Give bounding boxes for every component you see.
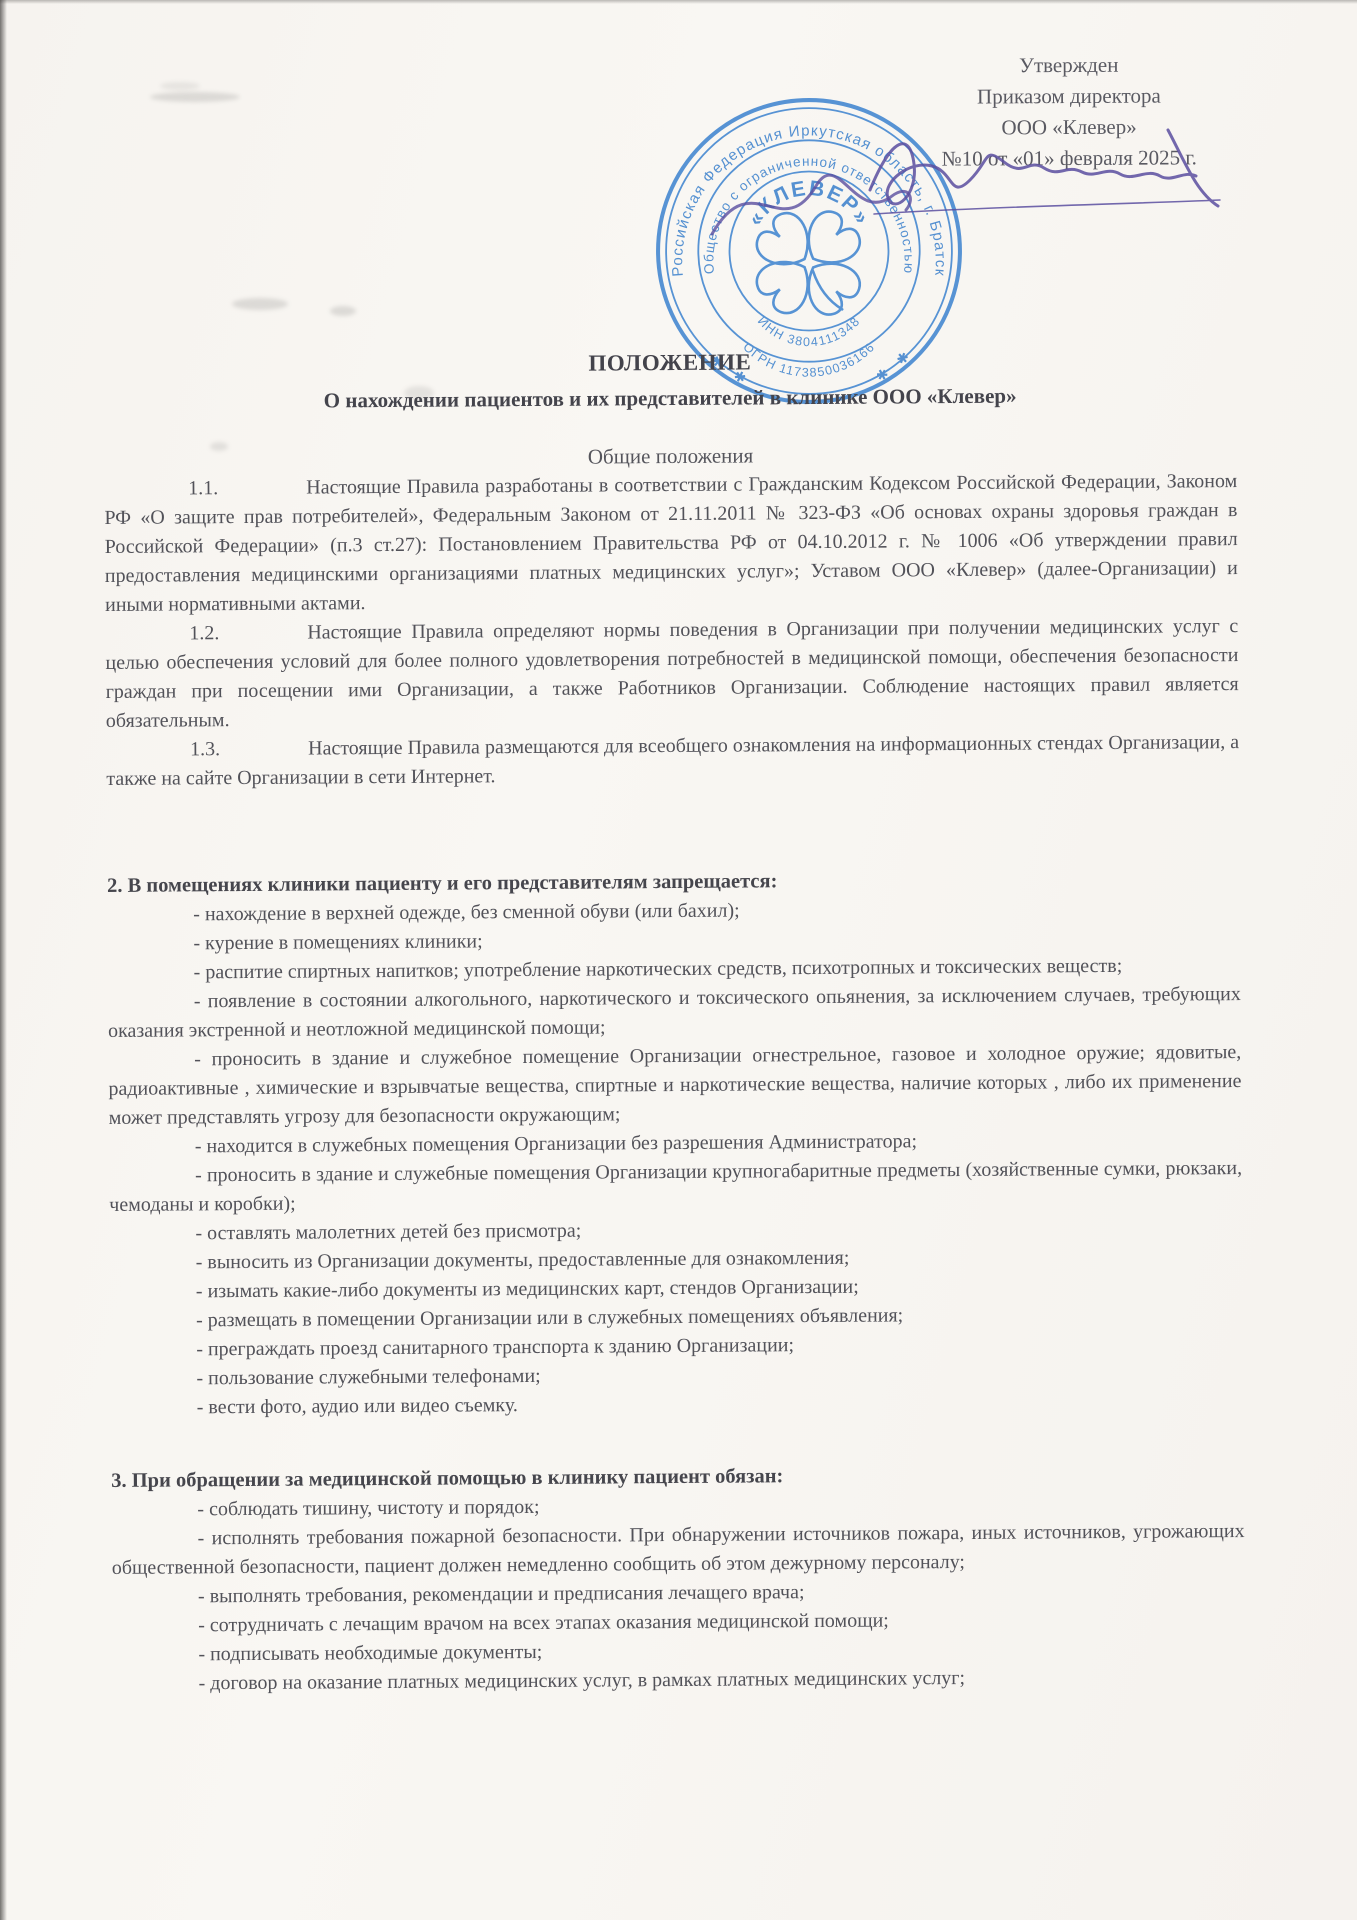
list-item: - появление в состоянии алкогольного, на… <box>108 980 1241 1046</box>
stamp-inn: ИНН 3804111348 <box>755 314 863 349</box>
scan-edge-shadow <box>0 0 7 1920</box>
scan-smudge <box>160 82 200 90</box>
paragraph-number: 1.1. <box>188 474 306 504</box>
scanned-document-page: Утвержден Приказом директора ООО «Клевер… <box>0 0 1357 1920</box>
paragraph-1-1: 1.1.Настоящие Правила разработаны в соот… <box>104 467 1238 620</box>
director-signature <box>862 108 1234 238</box>
paragraph-number: 1.3. <box>190 735 308 765</box>
section2-items: - нахождение в верхней одежде, без сменн… <box>107 893 1244 1423</box>
scan-smudge <box>232 298 288 310</box>
scan-smudge <box>330 306 356 316</box>
scan-edge-shadow-top <box>0 0 1357 4</box>
approval-line: Утвержден <box>899 49 1239 82</box>
paragraph-1-3: 1.3.Настоящие Правила размещаются для вс… <box>106 728 1239 794</box>
document-body: ПОЛОЖЕНИЕ О нахождении пациентов и их пр… <box>103 344 1245 1699</box>
document-title: ПОЛОЖЕНИЕ <box>103 344 1236 381</box>
document-subtitle: О нахождении пациентов и их представител… <box>104 380 1237 417</box>
list-item: - проносить в здание и служебные помещен… <box>109 1154 1242 1220</box>
list-item: - проносить в здание и служебное помещен… <box>108 1038 1242 1133</box>
scan-smudge <box>150 92 240 102</box>
paragraph-number: 1.2. <box>189 619 307 649</box>
section3-items: - соблюдать тишину, чистоту и порядок; -… <box>111 1488 1245 1699</box>
list-item: - исполнять требования пожарной безопасн… <box>112 1517 1245 1583</box>
paragraph-1-2: 1.2.Настоящие Правила определяют нормы п… <box>105 612 1239 736</box>
